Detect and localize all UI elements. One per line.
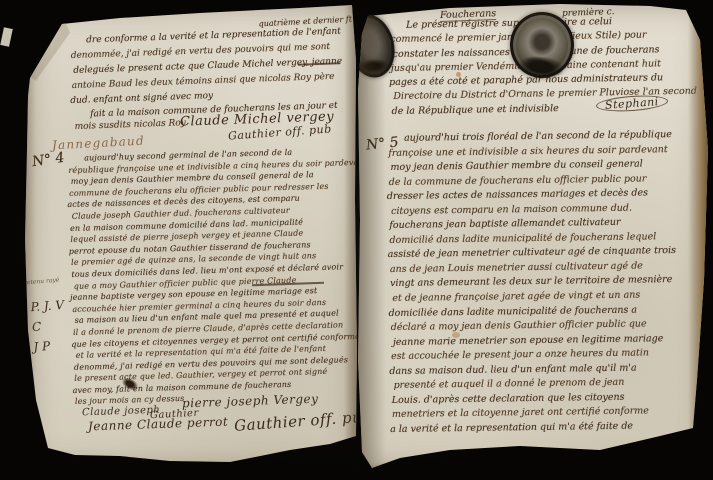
manuscript-line: J P	[33, 335, 68, 357]
foxing-spot	[452, 332, 460, 338]
manuscript-paragraph-1-left: dre conforme a la verité et la represent…	[70, 24, 345, 108]
page-edge-shade	[24, 2, 36, 472]
page-curl-edge	[688, 6, 710, 448]
paper-scrap	[0, 27, 13, 46]
manuscript-paragraph-2-right: aujourd'hui trois floréal de l'an second…	[388, 128, 681, 437]
document-scan: 1 quatrième et dernier ft dre conforme a…	[0, 0, 713, 480]
gutter-shadow	[344, 2, 360, 472]
foxing-spot	[456, 72, 461, 77]
deckle-edge	[24, 460, 360, 472]
signature-jannegabaud: Jannegabaud	[52, 134, 145, 153]
signature-officer-gauthier-2: Gauthier off. pub	[234, 407, 360, 435]
gutter-shadow	[356, 0, 386, 474]
right-page: Foucherans première c. Le présent régist…	[356, 0, 710, 474]
manuscript-line: C	[31, 315, 66, 337]
act-number-left: N° 4	[31, 150, 66, 170]
left-page: 1 quatrième et dernier ft dre conforme a…	[24, 2, 360, 472]
deckle-edge	[356, 462, 710, 474]
manuscript-line: a la verité et la representation qui m'a…	[390, 419, 679, 438]
manuscript-paragraph-2-left: aujourd'huy second germinal de l'an seco…	[68, 145, 360, 408]
